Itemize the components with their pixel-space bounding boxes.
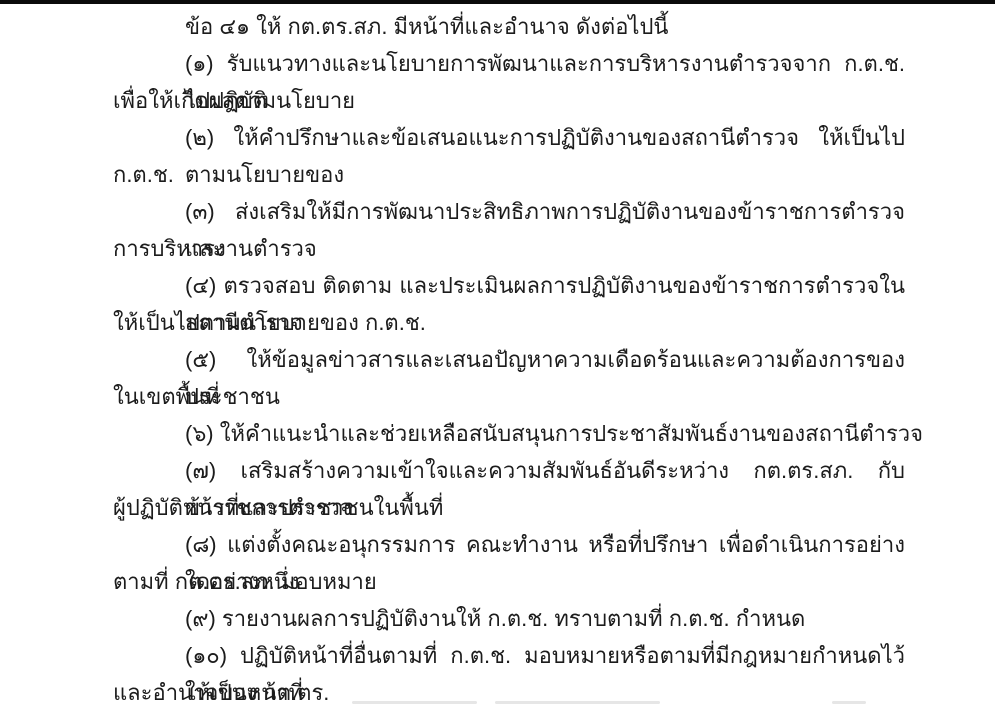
document-line: เพื่อให้เกิดผลตามนโยบาย [113,82,905,119]
scan-cutoff-artifact [352,701,477,704]
document-body: ข้อ ๔๑ ให้ กต.ตร.สภ. มีหน้าที่และอำนาจ ด… [113,8,905,711]
document-page: ข้อ ๔๑ ให้ กต.ตร.สภ. มีหน้าที่และอำนาจ ด… [0,0,995,722]
document-line: ผู้ปฏิบัติหน้าที่และประชาชนในพื้นที่ [113,489,905,526]
document-line: (๖) ให้คำแนะนำและช่วยเหลือสนับสนุนการประ… [113,415,905,452]
scan-cutoff-artifact [495,701,660,704]
scan-cutoff-artifact [832,701,866,704]
document-line: (๓) ส่งเสริมให้มีการพัฒนาประสิทธิภาพการป… [113,193,905,230]
document-line: (๗) เสริมสร้างความเข้าใจและความสัมพันธ์อ… [113,452,905,489]
document-line: (๕) ให้ข้อมูลข่าวสารและเสนอปัญหาความเดือ… [113,341,905,378]
document-line: ตามที่ กต.ตร.สภ. มอบหมาย [113,563,905,600]
document-line: (๑) รับแนวทางและนโยบายการพัฒนาและการบริห… [113,45,905,82]
document-line: การบริหารงานตำรวจ [113,230,905,267]
page-top-border [0,0,995,4]
document-line: (๒) ให้คำปรึกษาและข้อเสนอแนะการปฏิบัติงา… [113,119,905,156]
document-line: (๔) ตรวจสอบ ติดตาม และประเมินผลการปฏิบัต… [113,267,905,304]
document-line: (๑๐) ปฏิบัติหน้าที่อื่นตามที่ ก.ต.ช. มอบ… [113,637,905,674]
document-line: ข้อ ๔๑ ให้ กต.ตร.สภ. มีหน้าที่และอำนาจ ด… [113,8,905,45]
document-line: (๙) รายงานผลการปฏิบัติงานให้ ก.ต.ช. ทราบ… [113,600,905,637]
document-line: ให้เป็นไปตามนโยบายของ ก.ต.ช. [113,304,905,341]
document-line: และอำนาจของ กต.ตร. [113,674,905,711]
document-line: (๘) แต่งตั้งคณะอนุกรรมการ คณะทำงาน หรือท… [113,526,905,563]
